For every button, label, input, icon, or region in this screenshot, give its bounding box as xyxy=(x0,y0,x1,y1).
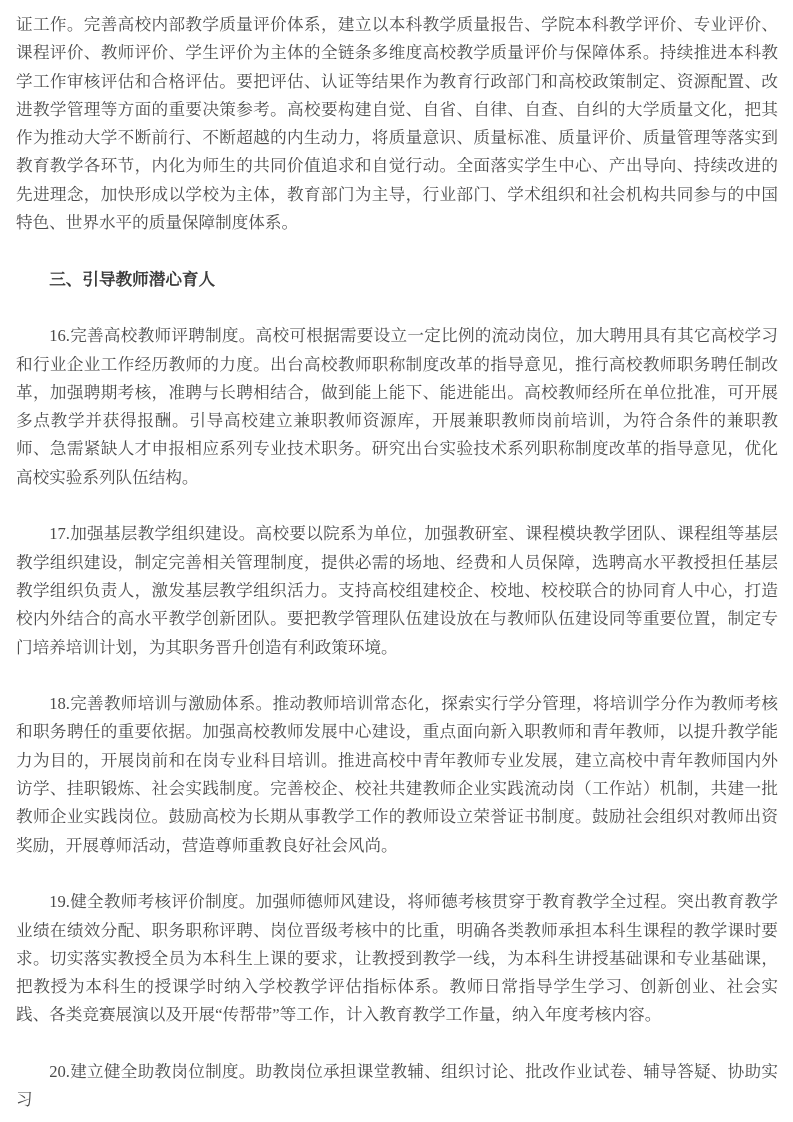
body-paragraph: 18.完善教师培训与激励体系。推动教师培训常态化，探索实行学分管理，将培训学分作… xyxy=(16,690,778,860)
body-paragraph: 17.加强基层教学组织建设。高校要以院系为单位，加强教研室、课程模块教学团队、课… xyxy=(16,520,778,661)
body-paragraph: 19.健全教师考核评价制度。加强师德师风建设，将师德考核贯穿于教育教学全过程。突… xyxy=(16,888,778,1029)
body-paragraph: 20.建立健全助教岗位制度。助教岗位承担课堂教辅、组织讨论、批改作业试卷、辅导答… xyxy=(16,1058,778,1115)
document-page: 证工作。完善高校内部教学质量评价体系，建立以本科教学质量报告、学院本科教学评价、… xyxy=(0,0,793,1122)
section-heading: 三、引导教师潜心育人 xyxy=(16,266,778,294)
document-content: 证工作。完善高校内部教学质量评价体系，建立以本科教学质量报告、学院本科教学评价、… xyxy=(16,11,778,1115)
body-paragraph: 证工作。完善高校内部教学质量评价体系，建立以本科教学质量报告、学院本科教学评价、… xyxy=(16,11,778,237)
body-paragraph: 16.完善高校教师评聘制度。高校可根据需要设立一定比例的流动岗位，加大聘用具有其… xyxy=(16,322,778,492)
